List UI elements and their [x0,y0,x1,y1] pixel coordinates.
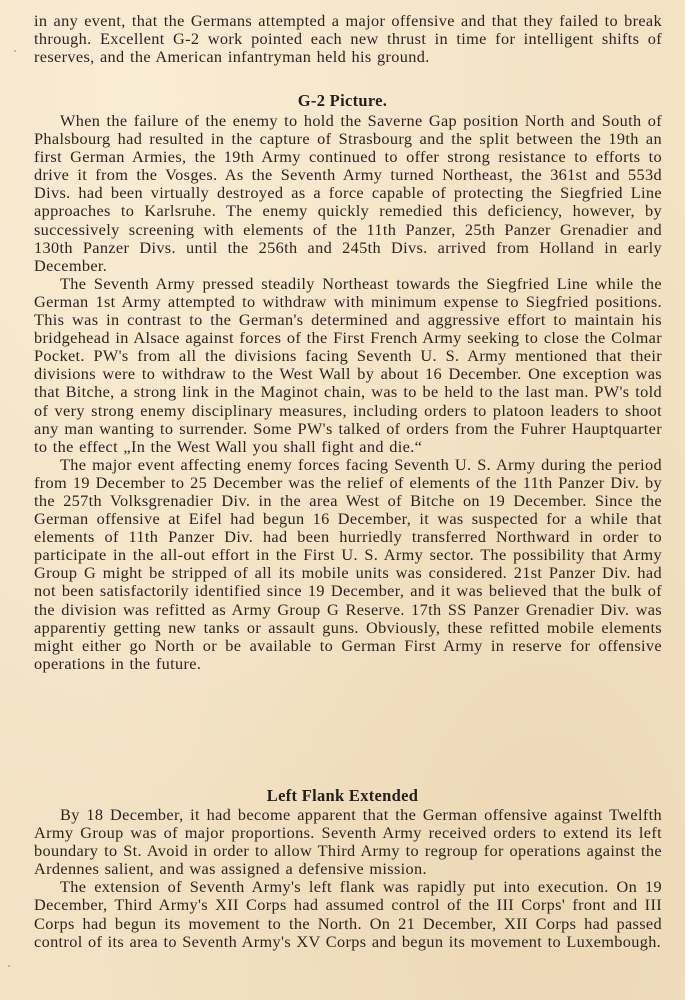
paragraph: By 18 December, it had become apparent t… [34,806,662,878]
paper-speck [14,50,16,52]
g2-text-block: When the failure of the enemy to hold th… [34,112,662,673]
scanned-page: in any event, that the Germans attempted… [0,0,685,1000]
paragraph: When the failure of the enemy to hold th… [34,112,662,275]
intro-paragraph: in any event, that the Germans attempted… [34,12,662,66]
intro-text-block: in any event, that the Germans attempted… [34,12,662,66]
paragraph: The extension of Seventh Army's left fla… [34,878,662,950]
paper-speck [8,965,10,967]
section-heading-g2-picture: G-2 Picture. [0,92,685,110]
paper-speck [578,283,580,285]
section-heading-left-flank: Left Flank Extended [0,787,685,805]
paragraph: The Seventh Army pressed steadily Northe… [34,275,662,456]
paragraph: The major event affecting enemy forces f… [34,456,662,673]
left-flank-text-block: By 18 December, it had become apparent t… [34,806,662,951]
